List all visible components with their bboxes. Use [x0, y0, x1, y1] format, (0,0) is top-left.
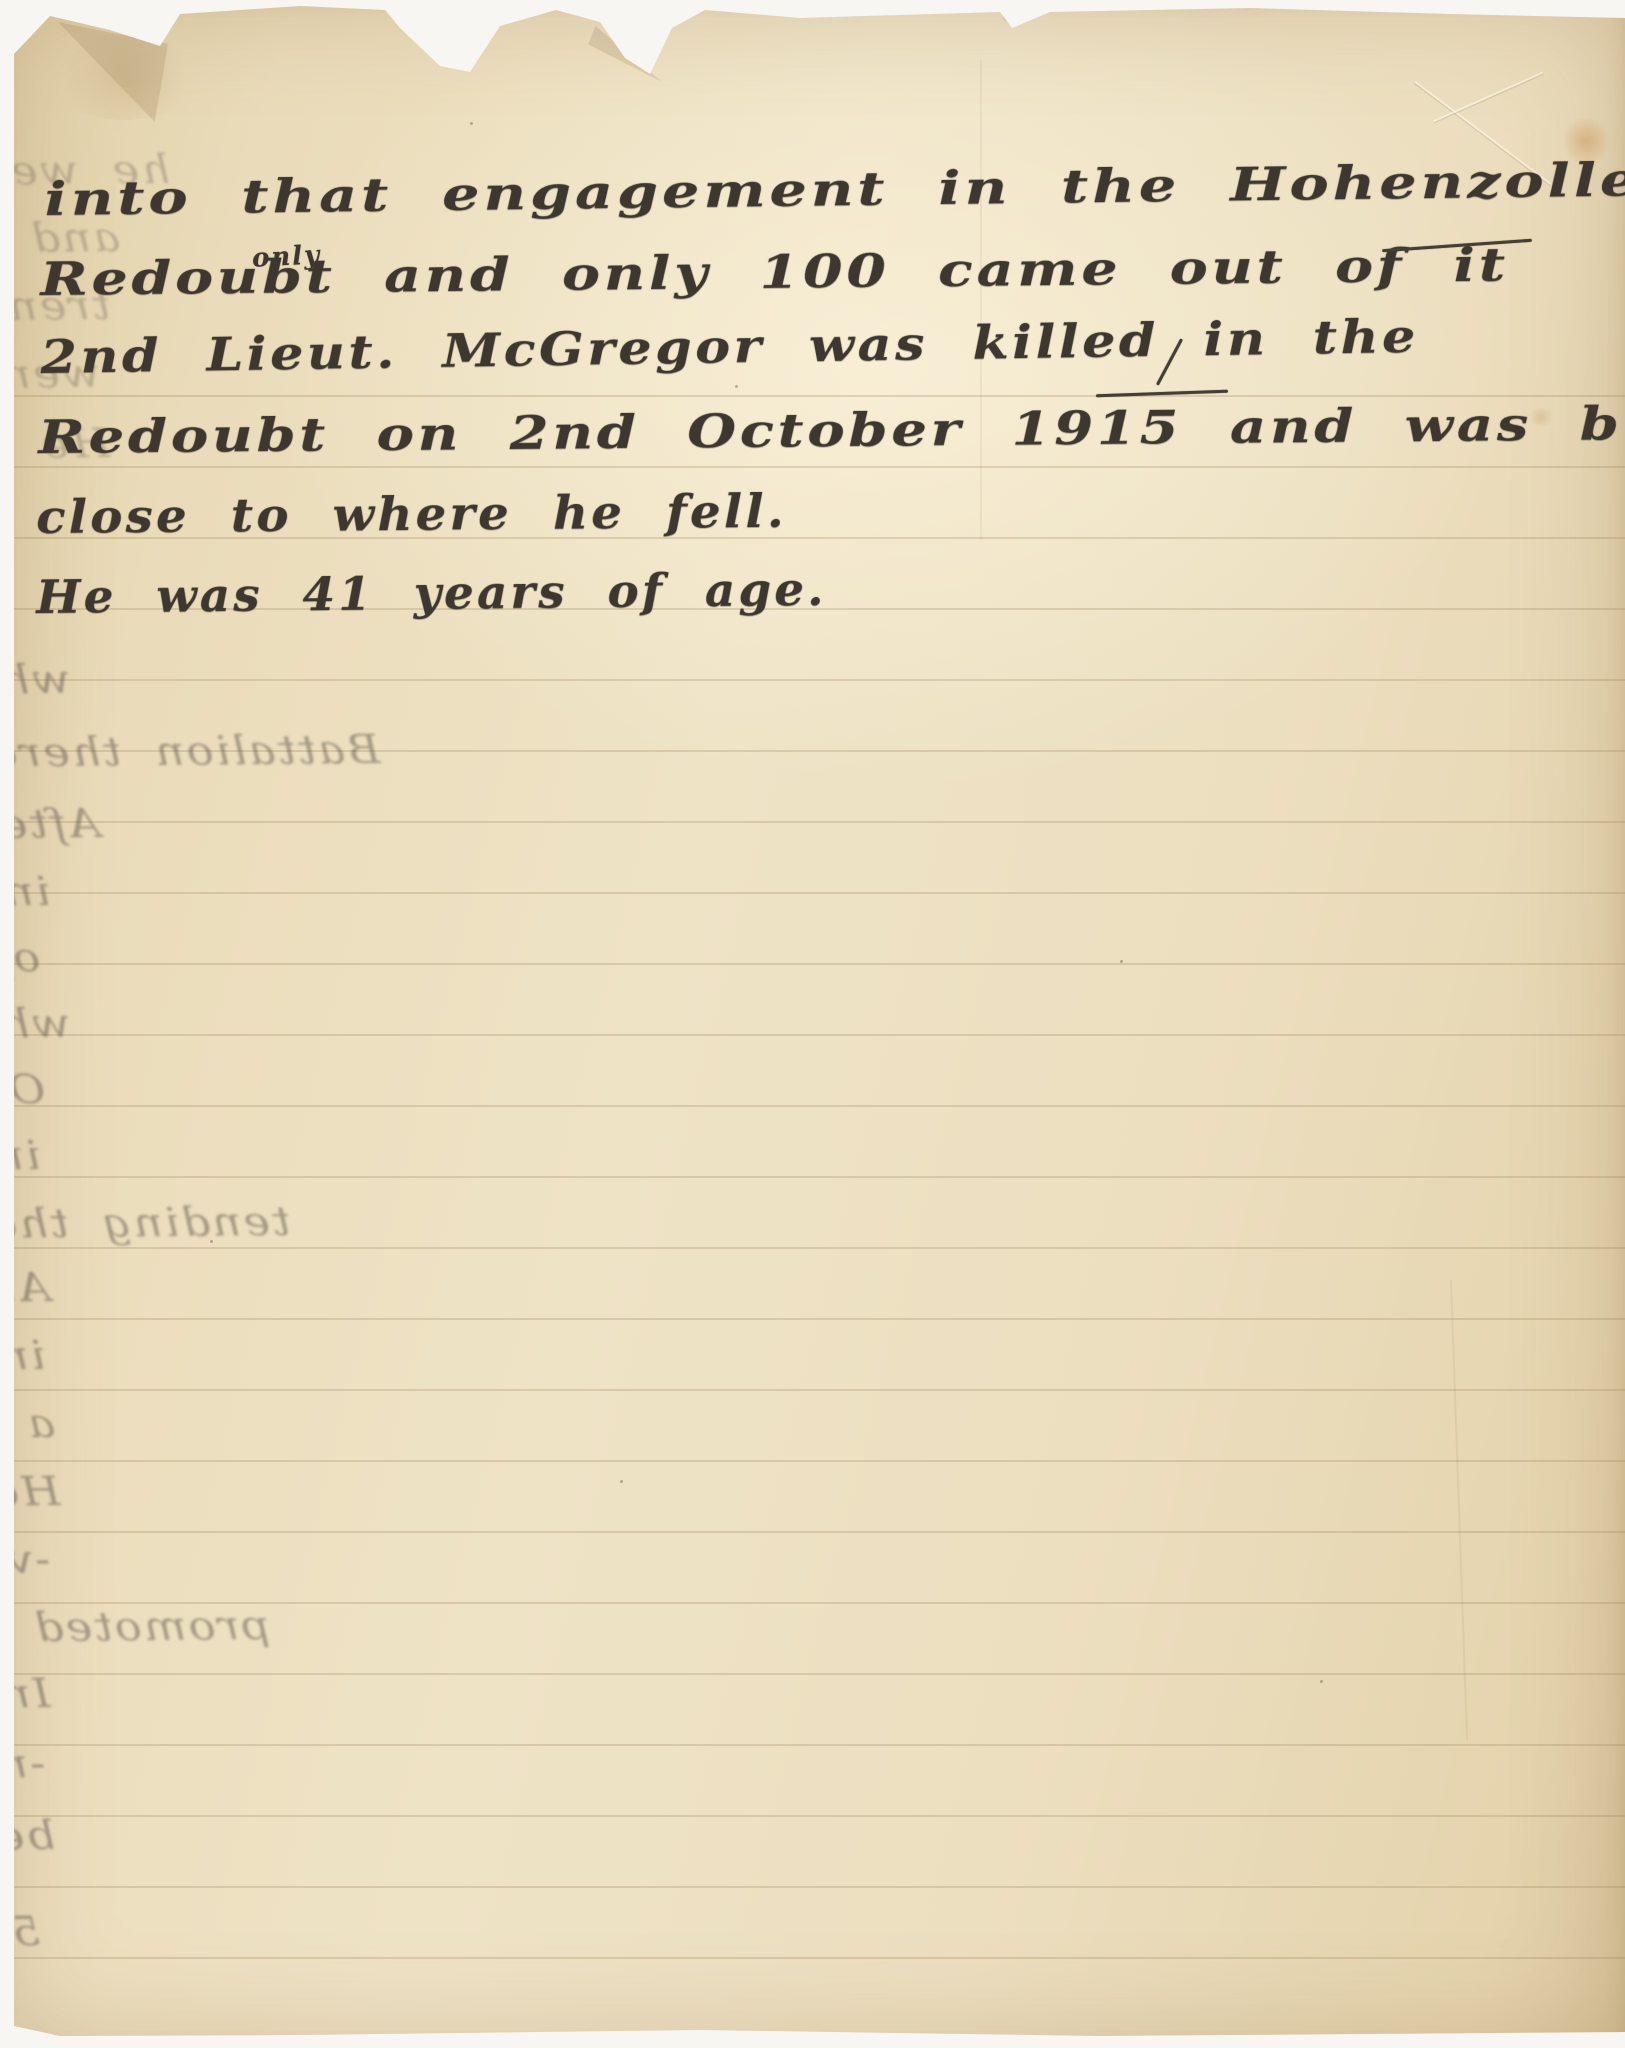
handwriting-line: He was 41 years of age. — [36, 566, 827, 620]
paper-sheet: he went out with a draft to the frontand… — [0, 0, 1625, 2048]
handwriting-line: Redoubt on 2nd October 1915 and was buri… — [38, 399, 1625, 460]
handwriting-line: close to where he fell. — [36, 488, 787, 540]
handwriting-layer: into that engagement in the Hohenzollern… — [0, 0, 1625, 2048]
handwriting-line: 2nd Lieut. McGregor was killed in the — [40, 313, 1419, 380]
interlinear-insertion: only — [251, 240, 322, 274]
scanned-letter-page: he went out with a draft to the frontand… — [0, 0, 1625, 2048]
handwriting-line: into that engagement in the Hohenzollern — [44, 155, 1625, 222]
